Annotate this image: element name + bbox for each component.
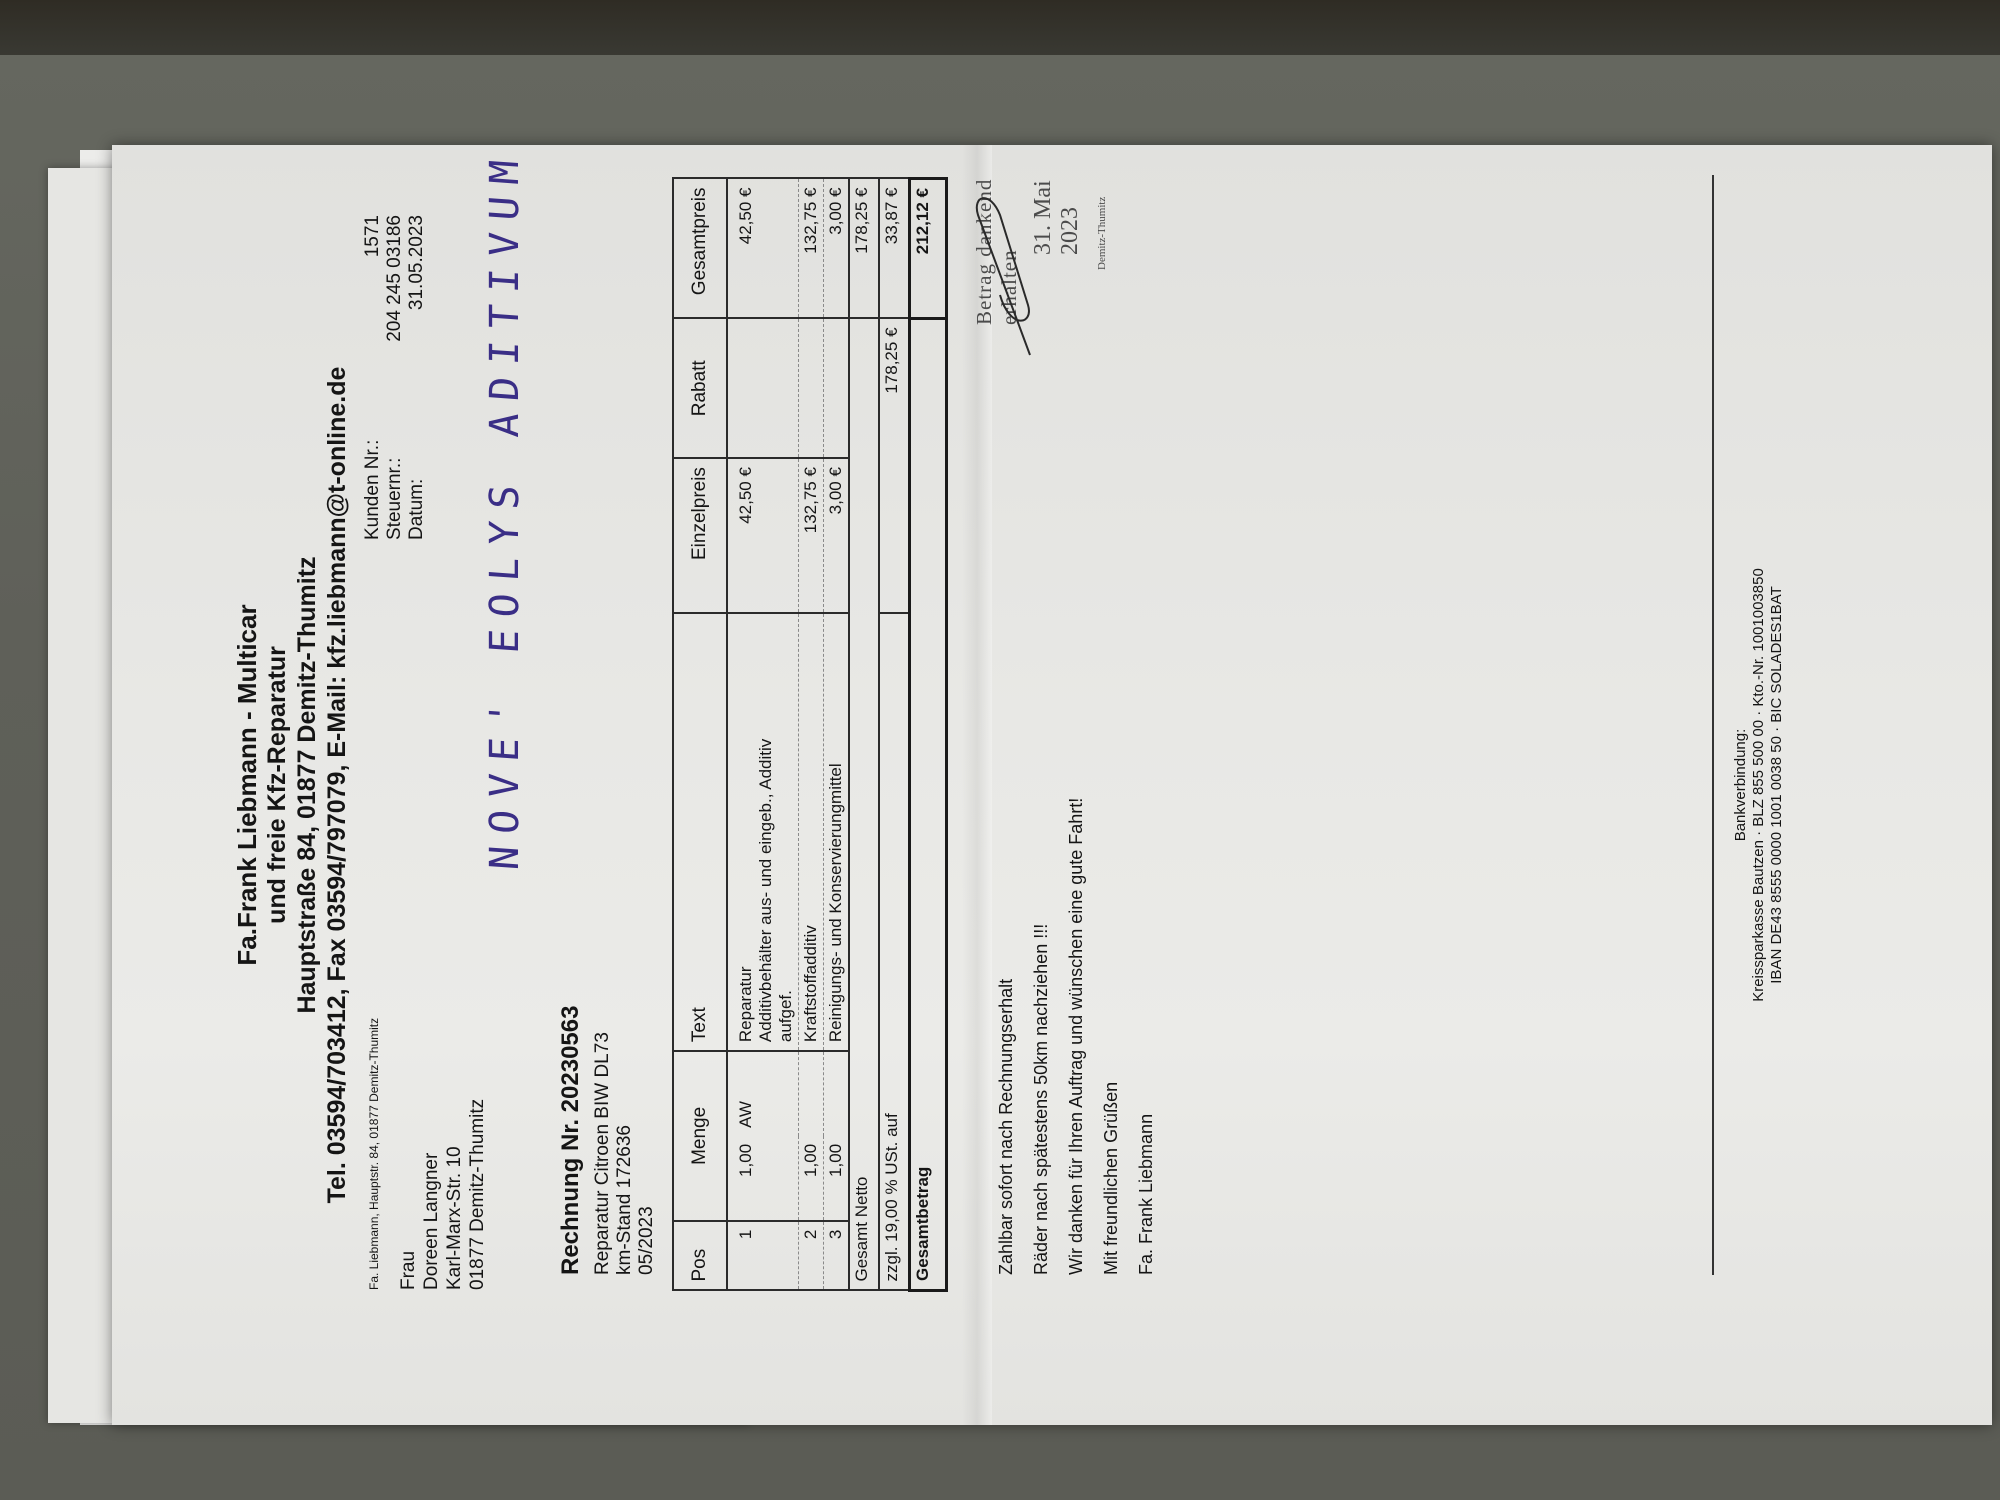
cell-rabatt <box>727 318 799 458</box>
invoice-document: Fa.Frank Liebmann - Multicar und freie K… <box>112 145 1992 1425</box>
cell-unit <box>824 1051 850 1136</box>
company-name: Fa.Frank Liebmann - Multicar <box>232 145 262 1425</box>
recipient-salutation: Frau <box>397 1099 420 1290</box>
cell-text: Kraftstoffadditiv <box>799 613 824 1051</box>
recipient-street: Karl-Marx-Str. 10 <box>443 1099 466 1290</box>
cell-gesamtpreis: 3,00 € <box>824 179 850 319</box>
cell-text: Reparatur Additivbehälter aus- und einge… <box>727 613 799 1051</box>
cell-pos: 3 <box>824 1221 850 1291</box>
subject-mileage: km-Stand 172636 <box>614 1032 636 1275</box>
cell-unit: AW <box>727 1051 799 1136</box>
vat-row: zzgl. 19,00 % USt. auf 178,25 € 33,87 € <box>879 179 910 1291</box>
col-header-gesamtpreis: Gesamtpreis <box>673 179 727 319</box>
col-header-menge: Menge <box>673 1051 727 1221</box>
background-top-edge <box>0 0 2000 60</box>
cell-rabatt <box>824 318 850 458</box>
cell-einzelpreis: 3,00 € <box>824 458 850 613</box>
meta-label: Kunden Nr.: <box>362 365 384 540</box>
total-row: Gesamtbetrag 212,12 € <box>910 179 947 1291</box>
meta-value: 204 245 03186 <box>384 215 406 365</box>
cell-menge: 1,00 <box>799 1136 824 1221</box>
table-row: 1 1,00 AW Reparatur Additivbehälter aus-… <box>727 179 799 1291</box>
invoice-sheet-wrapper: Fa.Frank Liebmann - Multicar und freie K… <box>112 125 2000 1425</box>
greeting: Mit freundlichen Grüßen <box>1097 798 1125 1275</box>
total-label: Gesamtbetrag <box>910 318 947 1290</box>
bank-iban: IBAN DE43 8555 0000 1001 0038 50 · BIC S… <box>1768 145 1786 1425</box>
cell-rabatt <box>799 318 824 458</box>
invoice-subject: Reparatur Citroen BIW DL73 km-Stand 1726… <box>592 1032 658 1275</box>
col-header-text: Text <box>673 613 727 1051</box>
meta-row-taxnr: Steuernr.: 204 245 03186 <box>384 215 406 540</box>
cell-menge: 1,00 <box>727 1136 799 1221</box>
cell-pos: 1 <box>727 1221 799 1291</box>
recipient-name: Doreen Langner <box>420 1099 443 1290</box>
company-tagline: und freie Kfz-Reparatur <box>262 145 292 1425</box>
col-header-rabatt: Rabatt <box>673 318 727 458</box>
payment-terms: Zahlbar sofort nach Rechnungserhalt <box>992 798 1020 1275</box>
meta-row-date: Datum: 31.05.2023 <box>406 215 428 540</box>
meta-label: Steuernr.: <box>384 365 406 540</box>
company-address: Hauptstraße 84, 01877 Demitz-Thumitz <box>292 145 322 1425</box>
netto-label: Gesamt Netto <box>849 318 879 1290</box>
signature-icon <box>970 185 1040 365</box>
stamp-city: Demitz-Thumitz <box>1096 145 1108 270</box>
meta-value: 31.05.2023 <box>406 215 428 365</box>
invoice-title: Rechnung Nr. 20230563 <box>557 1006 585 1275</box>
vat-value: 33,87 € <box>879 179 910 319</box>
netto-value: 178,25 € <box>849 179 879 319</box>
vat-label: zzgl. 19,00 % USt. auf <box>879 613 910 1291</box>
sender-return-address: Fa. Liebmann, Hauptstr. 84, 01877 Demitz… <box>367 1018 381 1290</box>
cell-unit <box>799 1051 824 1136</box>
handwritten-note: NOVE' EOLYS ADITIVUM <box>482 147 528 872</box>
subject-period: 05/2023 <box>636 1032 658 1275</box>
table-row: 2 1,00 Kraftstoffadditiv 132,75 € 132,75… <box>799 179 824 1291</box>
bank-account: Kreissparkasse Bautzen · BLZ 855 500 00 … <box>1750 145 1768 1425</box>
cell-einzelpreis: 132,75 € <box>799 458 824 613</box>
meta-value: 1571 <box>362 215 384 365</box>
total-value: 212,12 € <box>910 179 947 319</box>
netto-row: Gesamt Netto 178,25 € <box>849 179 879 1291</box>
signoff: Fa. Frank Liebmann <box>1132 798 1160 1275</box>
bank-details: Bankverbindung: Kreissparkasse Bautzen ·… <box>1732 145 1786 1425</box>
thank-you: Wir danken für Ihren Auftrag und wünsche… <box>1062 798 1090 1275</box>
subject-vehicle: Reparatur Citroen BIW DL73 <box>592 1032 614 1275</box>
vat-base: 178,25 € <box>879 318 910 612</box>
table-row: 3 1,00 Reinigungs- und Konservierungmitt… <box>824 179 850 1291</box>
letterhead: Fa.Frank Liebmann - Multicar und freie K… <box>232 145 352 1425</box>
cell-text: Reinigungs- und Konservierungmittel <box>824 613 850 1051</box>
invoice-items-table: Pos Menge Text Einzelpreis Rabatt Gesamt… <box>672 177 948 1292</box>
meta-label: Datum: <box>406 365 428 540</box>
closing-text: Zahlbar sofort nach Rechnungserhalt Räde… <box>992 798 1167 1275</box>
cell-einzelpreis: 42,50 € <box>727 458 799 613</box>
cell-gesamtpreis: 132,75 € <box>799 179 824 319</box>
cell-menge: 1,00 <box>824 1136 850 1221</box>
col-header-einzelpreis: Einzelpreis <box>673 458 727 613</box>
invoice-meta: Kunden Nr.: 1571 Steuernr.: 204 245 0318… <box>362 215 428 540</box>
wheel-notice: Räder nach spätestens 50km nachziehen !!… <box>1027 798 1055 1275</box>
meta-row-customer: Kunden Nr.: 1571 <box>362 215 384 540</box>
cell-pos: 2 <box>799 1221 824 1291</box>
col-header-pos: Pos <box>673 1221 727 1291</box>
footer-divider <box>1712 175 1714 1275</box>
company-contact: Tel. 03594/703412, Fax 03594/797079, E-M… <box>322 145 352 1425</box>
table-header-row: Pos Menge Text Einzelpreis Rabatt Gesamt… <box>673 179 727 1291</box>
bank-heading: Bankverbindung: <box>1732 145 1750 1425</box>
cell-gesamtpreis: 42,50 € <box>727 179 799 319</box>
recipient-address: Frau Doreen Langner Karl-Marx-Str. 10 01… <box>397 1099 489 1290</box>
recipient-city: 01877 Demitz-Thumitz <box>466 1099 489 1290</box>
